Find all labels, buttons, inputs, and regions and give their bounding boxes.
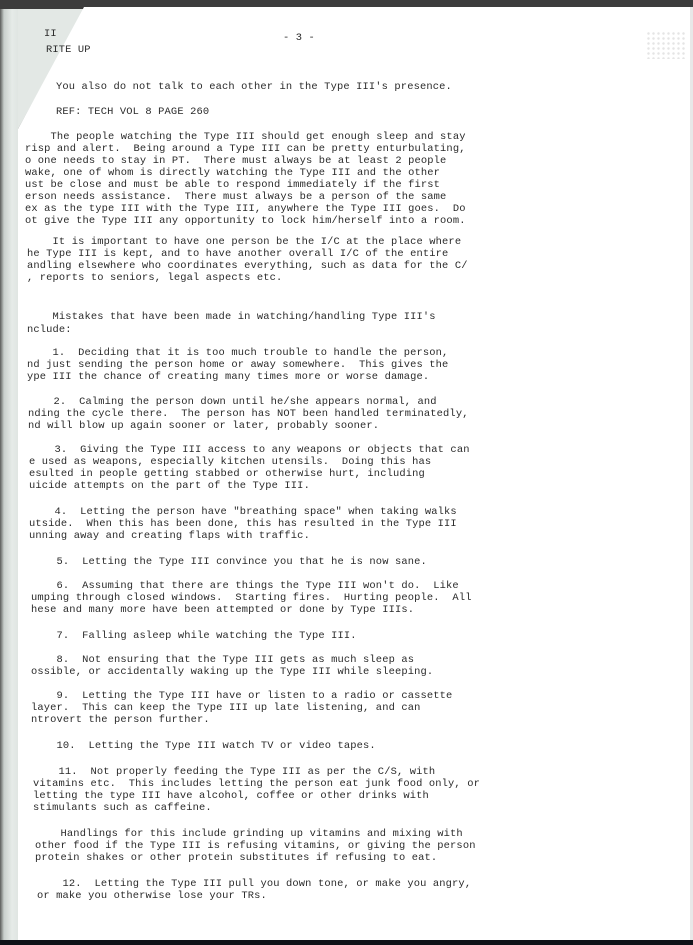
mistake-line: stimulants such as caffeine. [33,802,212,814]
header-title-line-1: II [44,28,57,40]
mistake-line: hese and many more have been attempted o… [31,604,414,616]
mistake-line: 12. Letting the Type III pull you down t… [37,878,471,890]
paragraph-line: ex as the type III with the Type III, an… [25,203,466,215]
scanner-left-margin [0,9,18,940]
mistake-line: or make you otherwise lose your TRs. [37,890,267,902]
paragraph-line: he Type III is kept, and to have another… [27,248,448,260]
scanner-bottom-border [0,940,693,945]
mistake-line: 10. Letting the Type III watch TV or vid… [31,740,376,752]
paragraph-line: nclude: [27,324,72,336]
mistake-line: e used as weapons, especially kitchen ut… [29,456,431,468]
paragraph-line: Mistakes that have been made in watching… [27,311,436,323]
scan-noise [646,31,686,59]
mistake-line: 2. Calming the person down until he/she … [28,396,437,408]
paragraph-line: andling elsewhere who coordinates everyt… [27,260,468,272]
paragraph-line: ust be close and must be able to respond… [25,179,440,191]
mistake-line: 9. Letting the Type III have or listen t… [31,690,452,702]
mistake-line: umping through closed windows. Starting … [31,592,472,604]
mistake-line: 7. Falling asleep while watching the Typ… [31,630,357,642]
mistake-line: esulted in people getting stabbed or oth… [29,468,425,480]
mistake-line: ntrovert the person further. [31,714,210,726]
mistake-line: other food if the Type III is refusing v… [35,840,476,852]
paragraph-line: risp and alert. Being around a Type III … [25,143,466,155]
mistake-line: nding the cycle there. The person has NO… [28,408,469,420]
header-title-line-2: RITE UP [46,44,91,56]
mistake-line: 6. Assuming that there are things the Ty… [31,580,459,592]
mistake-line: 5. Letting the Type III convince you tha… [31,556,427,568]
mistake-line: ype III the chance of creating many time… [27,371,429,383]
intro-sentence: You also do not talk to each other in th… [56,81,452,93]
mistake-line: utside. When this has been done, this ha… [29,518,457,530]
mistake-line: ossible, or accidentally waking up the T… [31,666,433,678]
mistake-line: vitamins etc. This includes letting the … [33,778,480,790]
paragraph-line: wake, one of whom is directly watching t… [25,167,440,179]
mistake-line: layer. This can keep the Type III up lat… [31,702,421,714]
paragraph-line: , reports to seniors, legal aspects etc. [27,272,282,284]
paragraph-line: It is important to have one person be th… [27,236,461,248]
page-number: - 3 - [283,32,315,44]
mistake-line: unning away and creating flaps with traf… [29,530,310,542]
mistake-line: 11. Not properly feeding the Type III as… [33,766,435,778]
mistake-line: protein shakes or other protein substitu… [35,852,437,864]
paragraph-line: ot give the Type III any opportunity to … [25,215,466,227]
paragraph-line: The people watching the Type III should … [25,131,466,143]
mistake-line: 8. Not ensuring that the Type III gets a… [31,654,414,666]
mistake-line: Handlings for this include grinding up v… [35,828,463,840]
paragraph-line: erson needs assistance. There must alway… [25,191,446,203]
mistake-line: 1. Deciding that it is too much trouble … [27,347,448,359]
mistake-line: nd will blow up again sooner or later, p… [28,420,379,432]
reference-line: REF: TECH VOL 8 PAGE 260 [56,106,209,118]
mistake-line: uicide attempts on the part of the Type … [29,480,310,492]
mistake-line: letting the type III have alcohol, coffe… [33,790,429,802]
mistake-line: nd just sending the person home or away … [27,359,448,371]
mistake-line: 3. Giving the Type III access to any wea… [29,444,470,456]
mistake-line: 4. Letting the person have "breathing sp… [29,506,457,518]
paragraph-line: o one needs to stay in PT. There must al… [25,155,446,167]
